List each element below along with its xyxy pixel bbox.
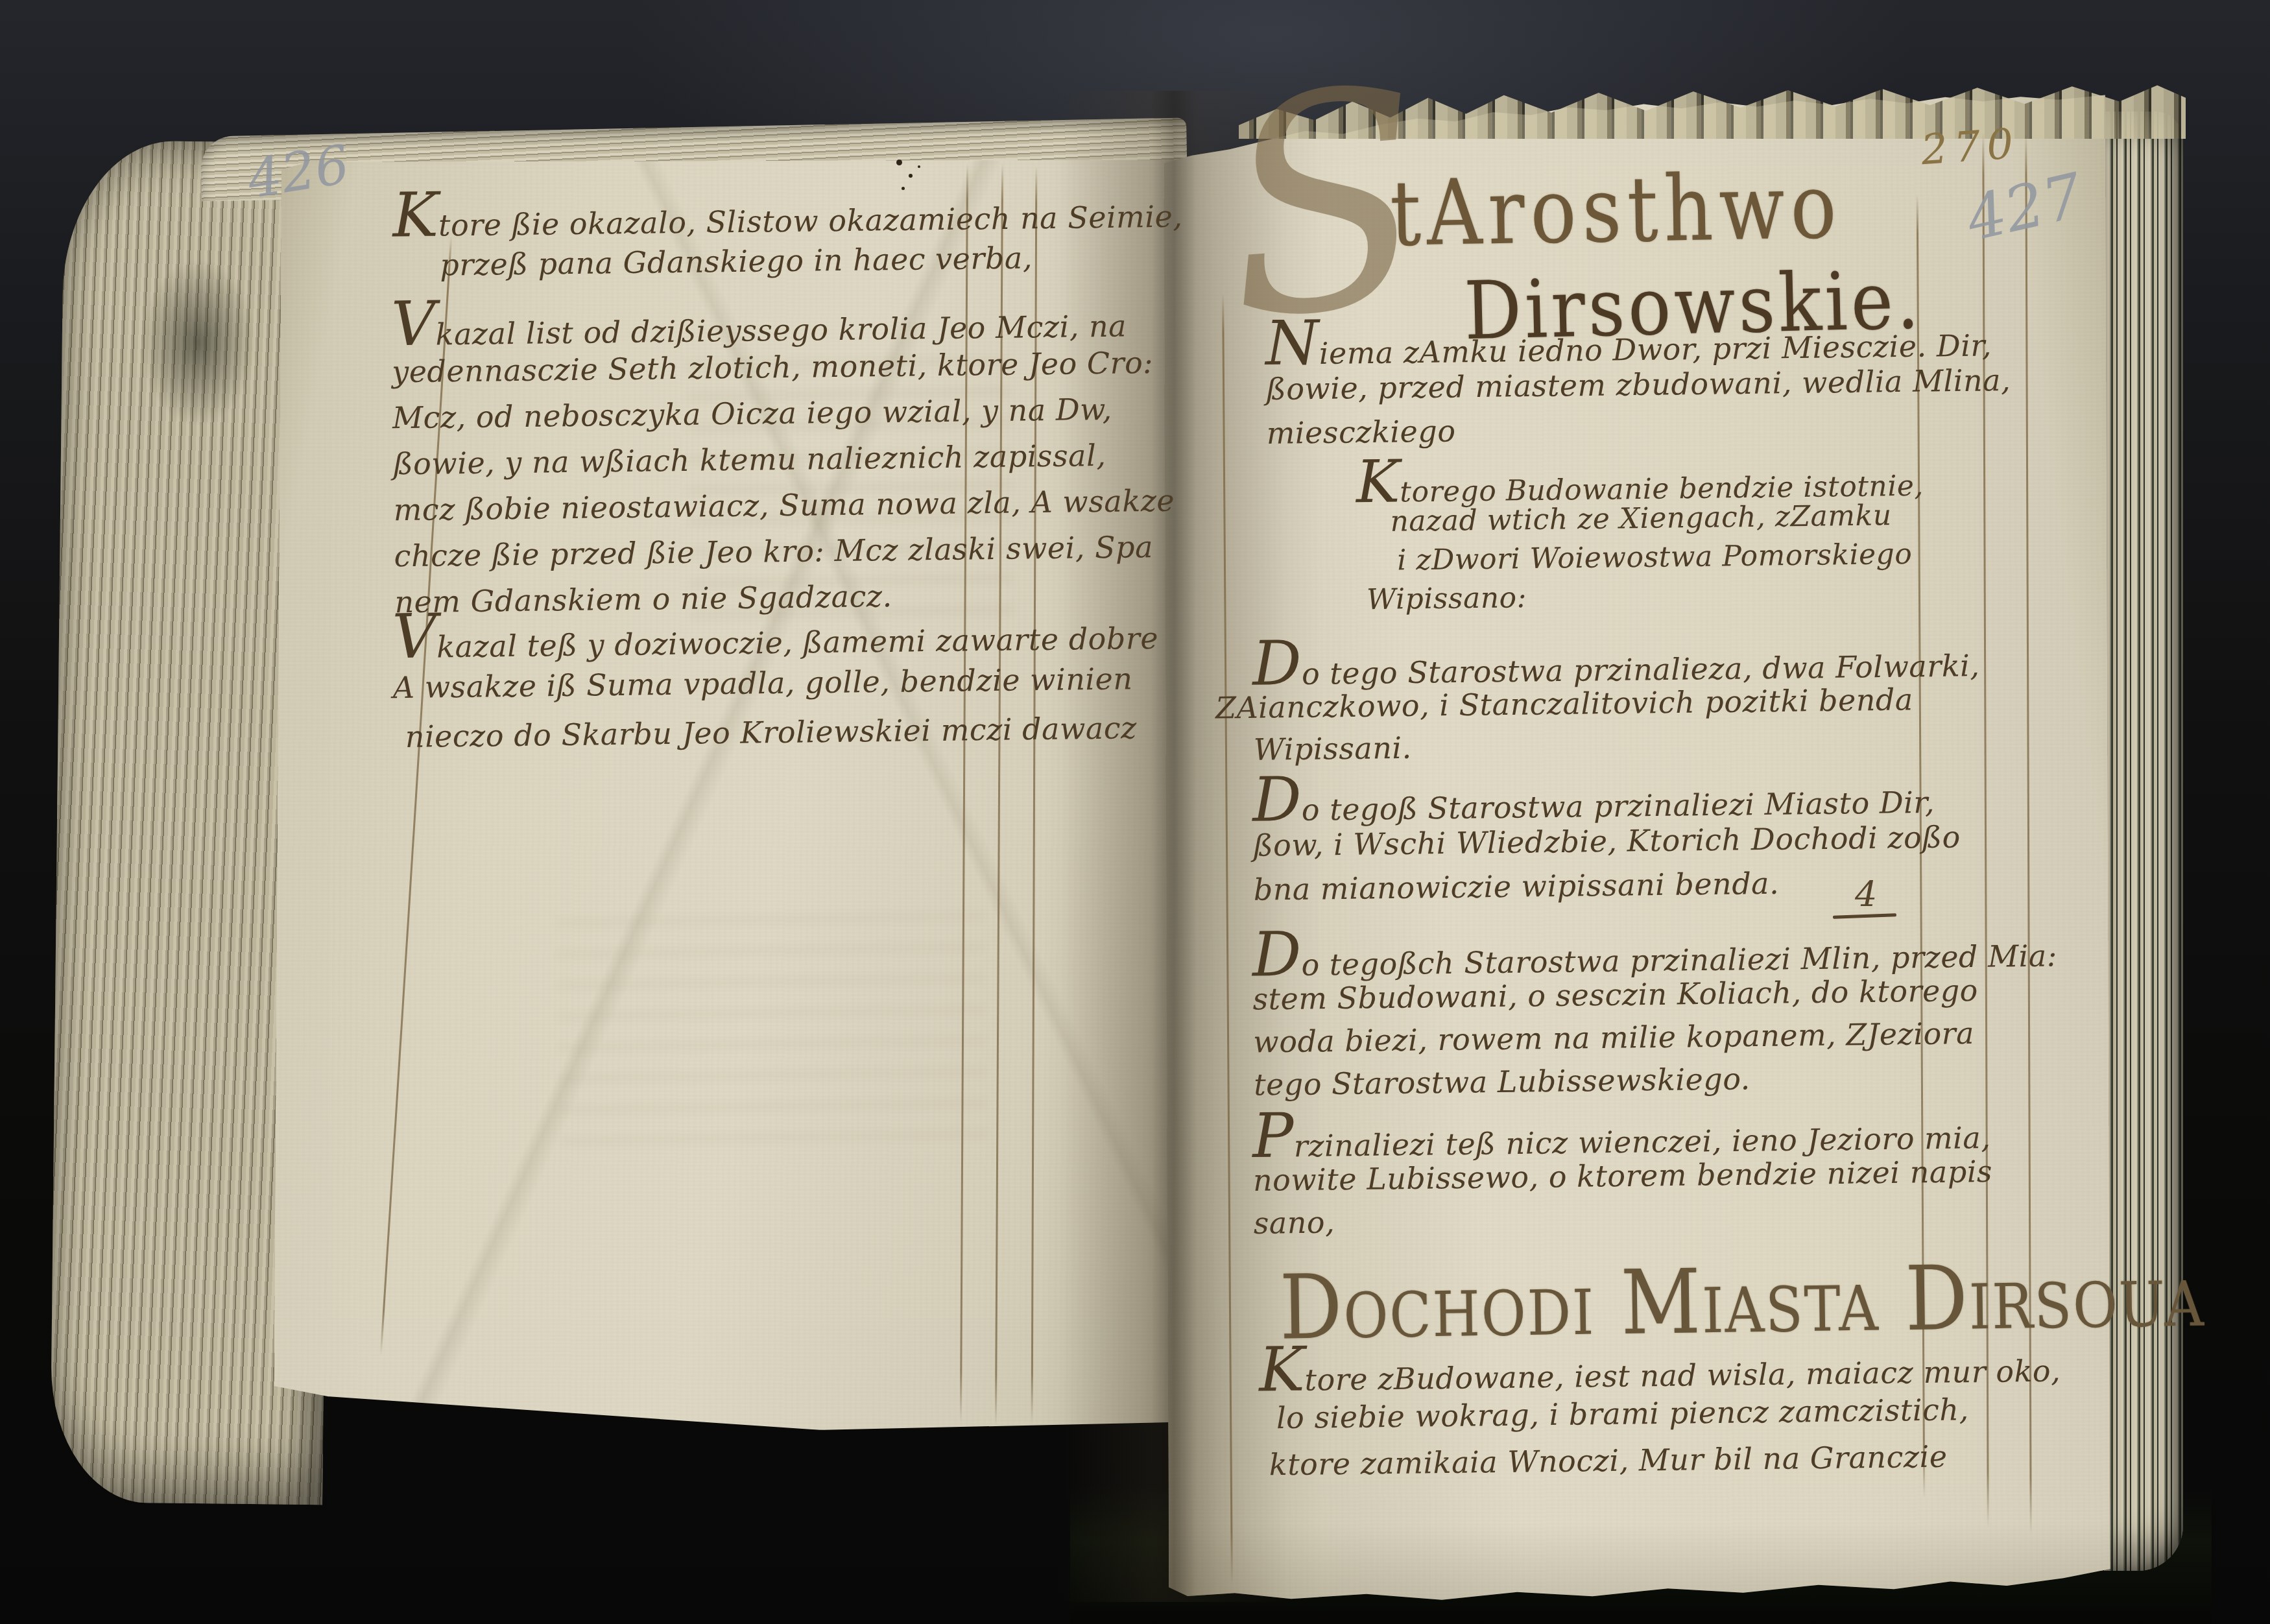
manuscript-line: sano, [1253, 1197, 1993, 1248]
edge-smudge [139, 257, 257, 427]
manuscript-line: Wipissani. [1253, 723, 1981, 774]
manuscript-paragraph: Przinaliezi teß nicz wienczei, ieno Jezi… [1252, 1111, 1993, 1248]
manuscript-paragraph: Do tego Starostwa przinalieza, dwa Folwa… [1252, 639, 1981, 774]
manuscript-line: A wsakze iß Suma vpadla, golle, bendzie … [393, 661, 1160, 719]
manuscript-line: i zDwori Woiewostwa Pomorskiego [1397, 538, 1925, 583]
ink-speck [896, 160, 902, 165]
manuscript-line: przeß pana Gdanskiego in haec verba, [440, 239, 1184, 296]
page-number-ink: 270 [1920, 120, 2022, 174]
manuscript-line: Wipissano: [1367, 577, 1926, 623]
ink-speck [909, 174, 913, 178]
manuscript-paragraph: Vkazal list od dzißieyssego krolia Jeo M… [391, 299, 1176, 631]
manuscript-line: nazad wtich ze Xiengach, zZamku [1390, 499, 1924, 544]
manuscript-line: ktore zamikaia Wnoczi, Mur bil na Grancz… [1269, 1437, 2062, 1494]
manuscript-line: Ktorego Budowanie bendzie istotnie, [1356, 460, 1924, 506]
subsection-heading: Dochodi Miasta Dirsoua [1279, 1244, 2206, 1359]
manuscript-paragraph: Ktorego Budowanie bendzie istotnie,nazad… [1356, 460, 1926, 623]
manuscript-paragraph: Ktore zBudowane, iest nad wisla, maiacz … [1259, 1344, 2062, 1494]
photograph-of-open-manuscript-book: { "colors": { "background": "#15161a", "… [0, 0, 2270, 1624]
margin-mark: 4 [1855, 874, 1877, 915]
manuscript-paragraph: Do tegoßch Starostwa przinaliezi Mlin, p… [1252, 929, 2059, 1110]
ink-speck [918, 165, 920, 168]
manuscript-paragraph: Ktore ßie okazalo, Slistow okazamiech na… [392, 190, 1184, 297]
manuscript-line: nieczo do Skarbu Jeo Kroliewskiei mczi d… [405, 710, 1160, 769]
ink-bleedthrough [556, 904, 988, 1145]
section-heading-line-1: tArosthwo [1389, 153, 1843, 267]
ink-speck [902, 187, 905, 190]
manuscript-line: Vkazal teß y doziwoczie, ßamemi zawarte … [392, 612, 1159, 670]
manuscript-paragraph: Vkazal teß y doziwoczie, ßamemi zawarte … [392, 612, 1160, 769]
manuscript-paragraph: Niema zAmku iedno Dwor, przi Miesczie. D… [1265, 318, 2012, 460]
